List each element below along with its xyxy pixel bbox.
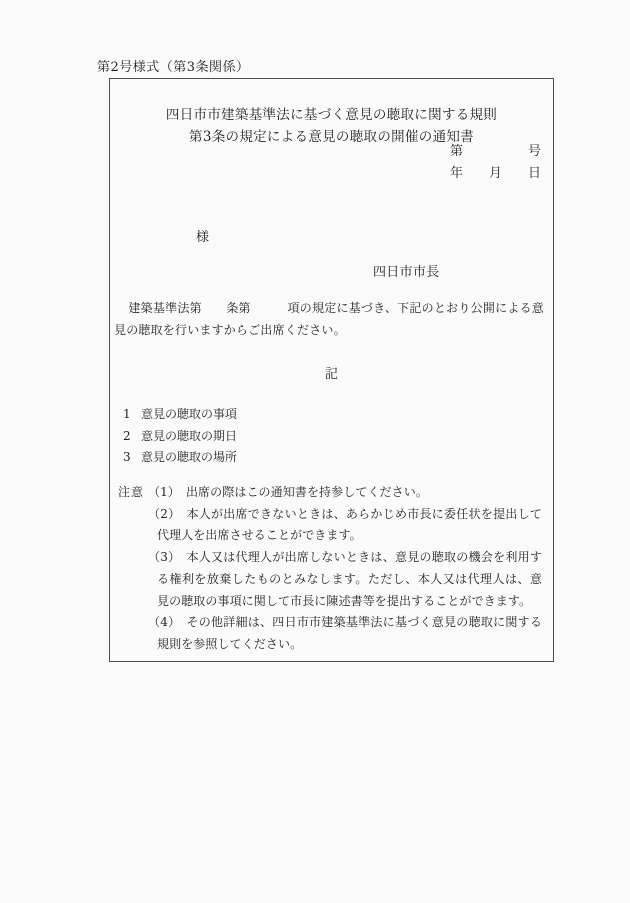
list-item: 1意見の聴取の事項 [123,404,237,426]
list-heading-ki: 記 [110,363,553,382]
list-item: 2意見の聴取の期日 [123,426,237,448]
note-text: 本人又は代理人が出席しないときは、意見の聴取の機会を利用する権利を放棄したものと… [157,550,542,607]
addressee-suffix: 様 [196,226,209,245]
list-item-text: 意見の聴取の場所 [141,450,237,464]
hearing-list: 1意見の聴取の事項 2意見の聴取の期日 3意見の聴取の場所 [123,404,237,469]
note-item: （4）その他詳細は、四日市市建築基準法に基づく意見の聴取に関する規則を参照してく… [148,612,542,655]
list-item-text: 意見の聴取の期日 [141,429,237,443]
note-item: （3）本人又は代理人が出席しないときは、意見の聴取の機会を利用する権利を放棄した… [148,547,542,612]
note-text: 本人が出席できないときは、あらかじめ市長に委任状を提出して代理人を出席させること… [157,507,542,543]
list-item-number: 3 [123,447,141,469]
note-marker: （1） [148,485,180,499]
notes-section: 注意 （1）出席の際はこの通知書を持参してください。 （2）本人が出席できないと… [110,482,544,656]
note-item: （1）出席の際はこの通知書を持参してください。 [148,482,542,504]
sender-name: 四日市市長 [373,261,440,280]
form-style-label: 第2号様式（第3条関係） [97,60,250,76]
notes-label: 注意 [118,482,144,504]
list-item-number: 2 [123,426,141,448]
list-item: 3意見の聴取の場所 [123,447,237,469]
note-text: その他詳細は、四日市市建築基準法に基づく意見の聴取に関する規則を参照してください… [157,615,542,651]
list-item-number: 1 [123,404,141,426]
note-marker: （3） [148,550,180,564]
body-paragraph: 建築基準法第 条第 項の規定に基づき、下記のとおり公開による意見の聴取を行います… [114,298,544,341]
notes-list: （1）出席の際はこの通知書を持参してください。 （2）本人が出席できないときは、… [148,482,542,656]
document-border-box: 四日市市建築基準法に基づく意見の聴取に関する規則 第3条の規定による意見の聴取の… [109,78,554,662]
note-item: （2）本人が出席できないときは、あらかじめ市長に委任状を提出して代理人を出席させ… [148,504,542,547]
note-marker: （2） [148,507,180,521]
note-text: 出席の際はこの通知書を持参してください。 [186,485,428,499]
list-item-text: 意見の聴取の事項 [141,407,237,421]
note-marker: （4） [148,615,180,629]
date-field: 年 月 日 [450,162,541,181]
document-title: 四日市市建築基準法に基づく意見の聴取に関する規則 [110,103,553,123]
document-number-field: 第 号 [450,140,541,159]
document-page: 第2号様式（第3条関係） 四日市市建築基準法に基づく意見の聴取に関する規則 第3… [0,0,630,903]
